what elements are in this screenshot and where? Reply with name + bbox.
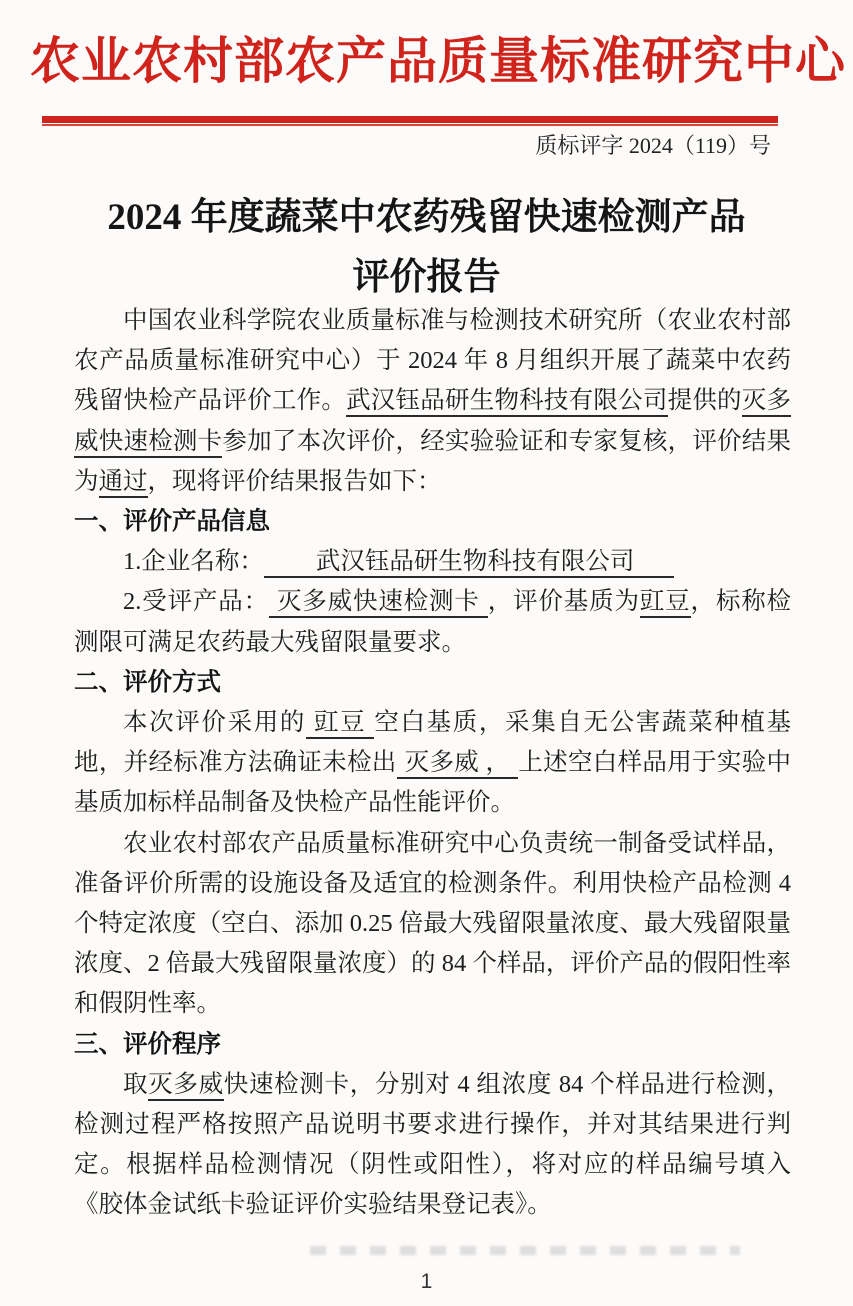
field-label: 2.受评产品： [123,588,269,615]
report-title-line1: 2024 年度蔬菜中农药残留快速检测产品 [0,188,853,248]
doc-number: 质标评字 2024（119）号 [535,131,771,161]
section3-heading: 三、评价程序 [74,1025,791,1065]
document-page: 农业农村部农产品质量标准研究中心 质标评字 2024（119）号 2024 年度… [0,0,853,1306]
underlined-pesticide: 灭多威 [148,1071,224,1101]
divider-thick-line [42,116,778,123]
underlined-product-name: 灭多威快速检测卡 [269,588,488,618]
underlined-pesticide: 灭多威 ， [397,749,519,779]
bleedthrough-artifact [310,1246,740,1255]
page-number: 1 [0,1270,853,1294]
letterhead-divider [42,116,778,126]
text-segment: 取 [123,1071,148,1098]
section2-heading: 二、评价方式 [74,663,791,703]
underlined-matrix: 豇豆 [640,588,691,618]
document-body: 中国农业科学院农业质量标准与检测技术研究所（农业农村部农产品质量标准研究中心）于… [74,301,791,1226]
sample-prep-paragraph: 农业农村部农产品质量标准研究中心负责统一制备受试样品，准备评价所需的设施设备及适… [74,824,791,1025]
method-paragraph: 本次评价采用的豇豆空白基质，采集自无公害蔬菜种植基地，并经标准方法确证未检出灭多… [74,703,791,824]
text-segment: ，现将评价结果报告如下： [148,468,442,495]
underlined-matrix: 豇豆 [306,709,374,739]
intro-paragraph: 中国农业科学院农业质量标准与检测技术研究所（农业农村部农产品质量标准研究中心）于… [74,301,791,502]
letterhead-org-name: 农业农村部农产品质量标准研究中心 [30,28,823,94]
field-value-underlined: 武汉钰品研生物科技有限公司 [264,548,675,578]
procedure-paragraph: 取灭多威快速检测卡，分别对 4 组浓度 84 个样品进行检测，检测过程严格按照产… [74,1065,791,1226]
underlined-result: 通过 [99,468,148,498]
underlined-company-name: 武汉钰品研生物科技有限公司 [346,387,668,417]
section1-heading: 一、评价产品信息 [74,502,791,542]
report-title-line2: 评价报告 [0,248,853,308]
text-segment: ，评价基质为 [488,588,640,615]
divider-thin-line [42,124,778,126]
text-segment: 提供的 [668,387,742,414]
text-segment: 本次评价采用的 [123,709,306,736]
field-company-name: 1.企业名称：武汉钰品研生物科技有限公司 [74,542,791,582]
field-label: 1.企业名称： [123,548,264,575]
report-title: 2024 年度蔬菜中农药残留快速检测产品 评价报告 [0,188,853,308]
field-product: 2.受评产品：灭多威快速检测卡，评价基质为豇豆，标称检测限可满足农药最大残留限量… [74,582,791,662]
